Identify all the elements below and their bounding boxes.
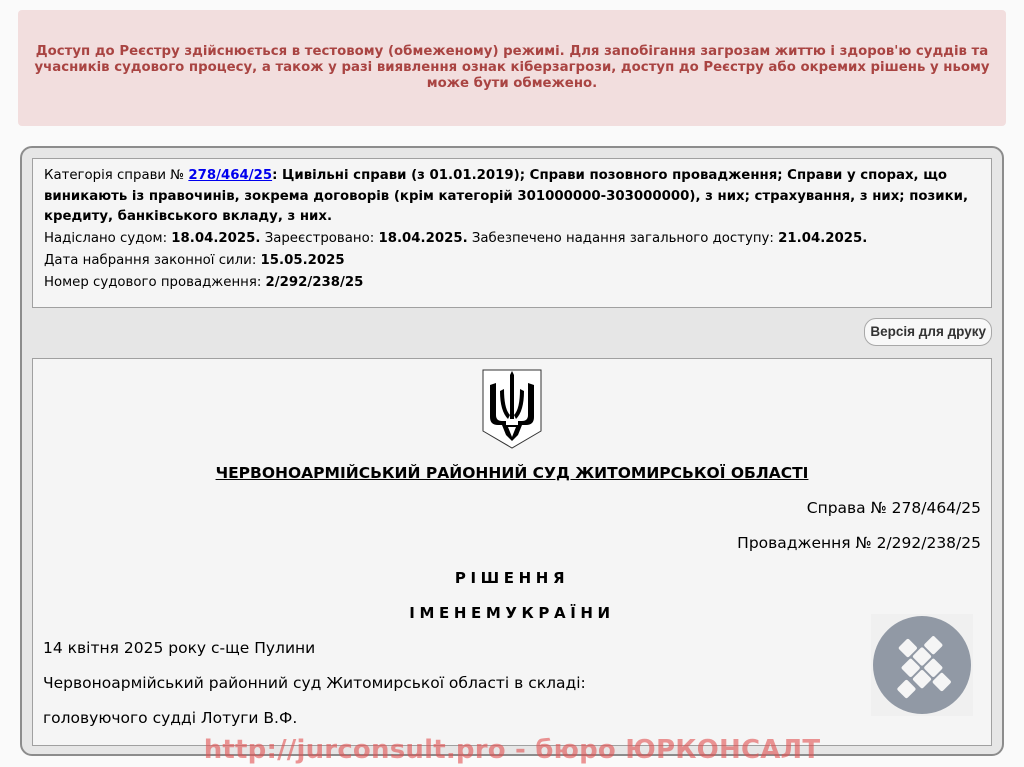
- decision-paragraph: головуючого судді Лотуги В.Ф.: [43, 709, 297, 727]
- category-label: Категорія справи №: [44, 168, 188, 183]
- decision-document: ЧЕРВОНОАРМІЙСЬКИЙ РАЙОННИЙ СУД ЖИТОМИРСЬ…: [32, 358, 992, 746]
- decision-title: РІШЕННЯ: [33, 569, 991, 587]
- decision-paragraph: Червоноармійський районний суд Житомирсь…: [43, 674, 586, 692]
- in-name-of-ukraine: ІМЕНЕМУКРАЇНИ: [33, 604, 991, 622]
- registered-date: 18.04.2025.: [378, 231, 467, 246]
- registered-label: Зареєстровано:: [260, 231, 378, 246]
- court-title: ЧЕРВОНОАРМІЙСЬКИЙ РАЙОННИЙ СУД ЖИТОМИРСЬ…: [33, 464, 991, 482]
- print-version-button[interactable]: Версія для друку: [864, 318, 992, 346]
- restricted-access-alert: Доступ до Реєстру здійснюється в тестово…: [18, 10, 1006, 126]
- case-number-link[interactable]: 278/464/25: [188, 168, 272, 183]
- trident-emblem-icon: [482, 369, 542, 449]
- alert-text: Доступ до Реєстру здійснюється в тестово…: [34, 44, 990, 92]
- sent-label: Надіслано судом:: [44, 231, 171, 246]
- sent-date: 18.04.2025.: [171, 231, 260, 246]
- proceeding-label: Номер судового провадження:: [44, 275, 266, 290]
- legal-force-line: Дата набрання законної сили: 15.05.2025: [44, 250, 980, 272]
- access-date: 21.04.2025.: [778, 231, 867, 246]
- puzzle-logo-icon: [871, 614, 973, 716]
- case-number: Справа № 278/464/25: [807, 499, 981, 517]
- dates-line: Надіслано судом: 18.04.2025. Зареєстрова…: [44, 228, 980, 250]
- decision-frame: Категорія справи № 278/464/25: Цивільні …: [20, 146, 1004, 756]
- case-category: Категорія справи № 278/464/25: Цивільні …: [44, 166, 980, 228]
- proceeding-number-doc: Провадження № 2/292/238/25: [737, 534, 981, 552]
- proceeding-line: Номер судового провадження: 2/292/238/25: [44, 272, 980, 294]
- access-label: Забезпечено надання загального доступу:: [468, 231, 779, 246]
- proceeding-number: 2/292/238/25: [266, 275, 364, 290]
- case-info-panel: Категорія справи № 278/464/25: Цивільні …: [32, 158, 992, 308]
- force-label: Дата набрання законної сили:: [44, 253, 261, 268]
- force-date: 15.05.2025: [261, 253, 345, 268]
- decision-paragraph: 14 квітня 2025 року с-ще Пулини: [43, 639, 315, 657]
